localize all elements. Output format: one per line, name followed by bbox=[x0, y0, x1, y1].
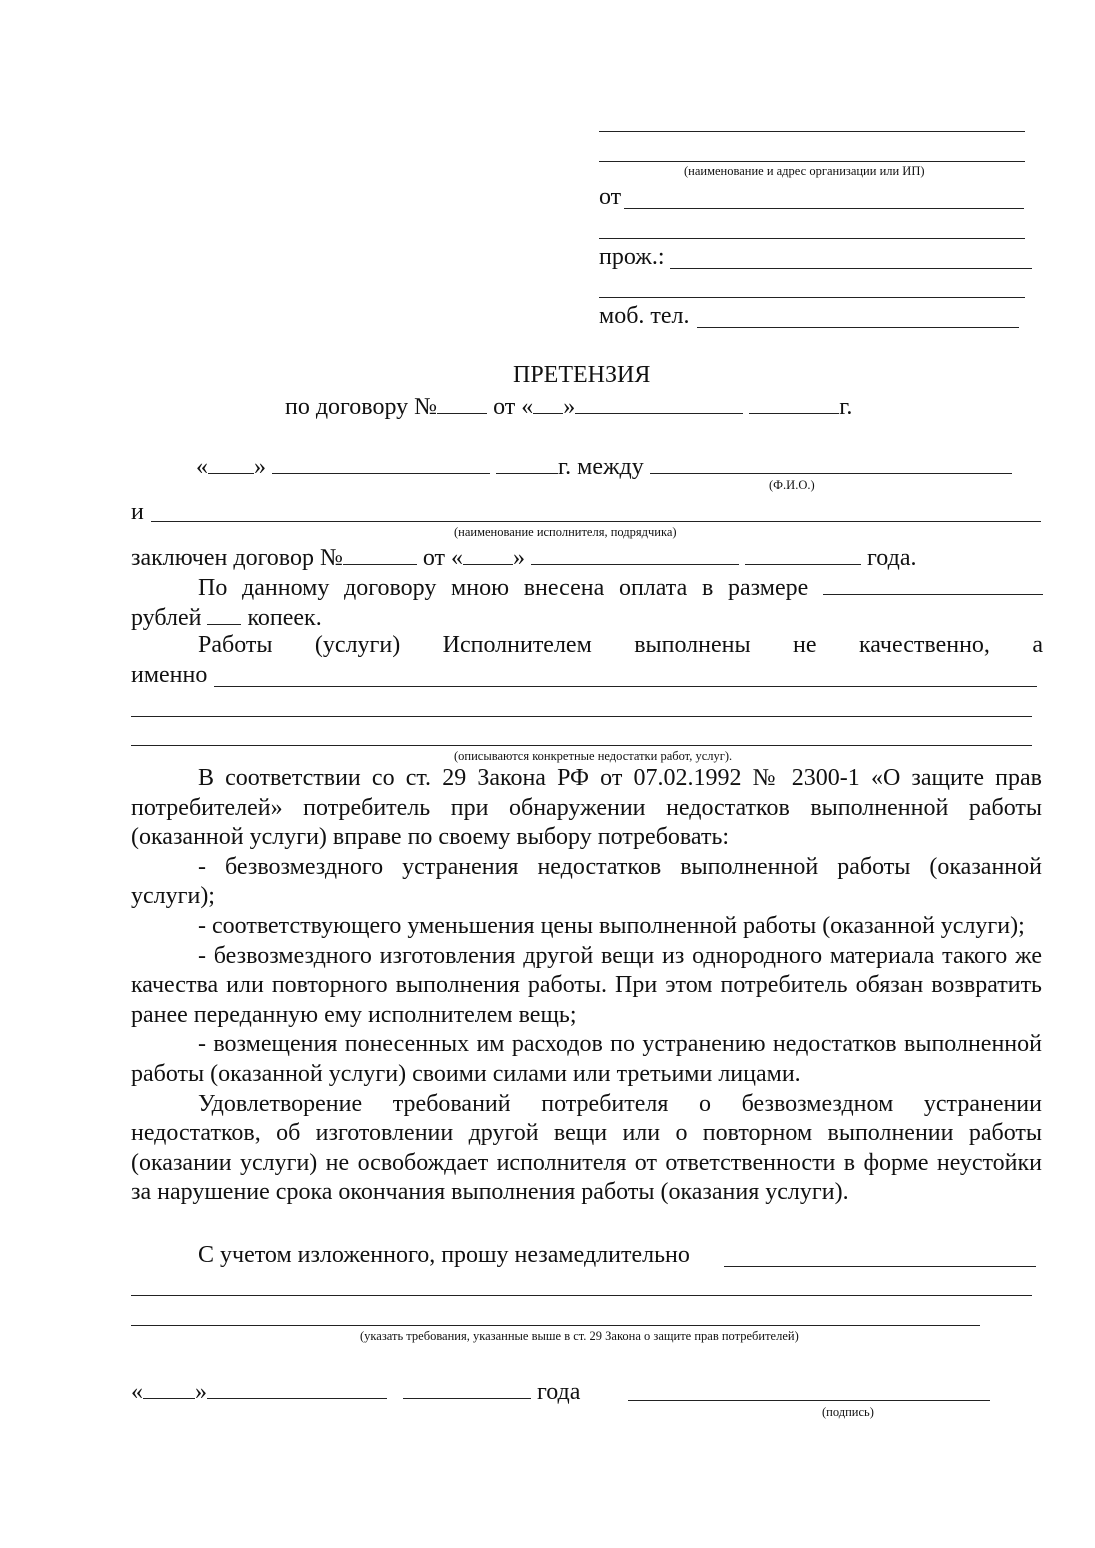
title-year: г. bbox=[839, 394, 852, 420]
intro-month-field[interactable] bbox=[272, 451, 490, 474]
org-name-line-1[interactable] bbox=[599, 131, 1025, 132]
intro-day-field[interactable] bbox=[208, 451, 254, 474]
payment-amount-field[interactable] bbox=[823, 572, 1043, 595]
title-subline: по договору № от «» г. bbox=[285, 391, 852, 421]
law-block: В соответствии со ст. 29 Закона РФ от 07… bbox=[131, 764, 1042, 1208]
defects-line-3[interactable] bbox=[131, 745, 1032, 746]
law-item-4: - возмещения понесенных им расходов по у… bbox=[131, 1030, 1042, 1089]
title-from: от « bbox=[493, 394, 533, 420]
intro-year-field[interactable] bbox=[496, 451, 558, 474]
from-line-2[interactable] bbox=[599, 238, 1025, 239]
payment-line: По данному договору мною внесена оплата … bbox=[198, 572, 1043, 602]
law-paragraph-2: Удовлетворение требований потребителя о … bbox=[131, 1090, 1042, 1208]
concluded-from: от « bbox=[423, 545, 463, 571]
contract-day-field[interactable] bbox=[533, 391, 563, 414]
request-caption: (указать требования, указанные выше в ст… bbox=[360, 1329, 799, 1343]
executor-line[interactable] bbox=[151, 521, 1041, 522]
org-name-line-2[interactable] bbox=[599, 161, 1025, 162]
phone-line[interactable] bbox=[697, 327, 1019, 328]
from-line[interactable] bbox=[624, 208, 1024, 209]
footer-quote-open: « bbox=[131, 1379, 143, 1405]
footer-year-field[interactable] bbox=[403, 1376, 531, 1399]
executor-caption: (наименование исполнителя, подрядчика) bbox=[454, 525, 677, 539]
kopecks-label: копеек. bbox=[247, 605, 321, 631]
concluded-year-label: года. bbox=[867, 545, 916, 571]
quote-close: » bbox=[254, 454, 266, 480]
concluded-line: заключен договор № от «» года. bbox=[131, 542, 916, 572]
concluded-month-field[interactable] bbox=[531, 542, 739, 565]
title-prefix: по договору bbox=[285, 394, 408, 420]
residence-label: прож.: bbox=[599, 243, 665, 271]
from-label: от bbox=[599, 183, 621, 211]
fio-field[interactable] bbox=[650, 451, 1012, 474]
namely-label: именно bbox=[131, 661, 207, 689]
law-item-2: - соответствующего уменьшения цены выпол… bbox=[131, 912, 1042, 942]
page-title: ПРЕТЕНЗИЯ bbox=[513, 361, 650, 389]
org-caption: (наименование и адрес организации или ИП… bbox=[684, 164, 925, 178]
footer-month-field[interactable] bbox=[207, 1376, 387, 1399]
rubles-label: рублей bbox=[131, 605, 201, 631]
concluded-year-field[interactable] bbox=[745, 542, 861, 565]
footer-quote-close: » bbox=[195, 1379, 207, 1405]
quote-open: « bbox=[196, 454, 208, 480]
concluded-day-field[interactable] bbox=[463, 542, 513, 565]
contract-month-field[interactable] bbox=[575, 391, 743, 414]
kopecks-field[interactable] bbox=[207, 602, 241, 625]
law-item-3: - безвозмездного изготовления другой вещ… bbox=[131, 942, 1042, 1031]
law-item-1: - безвозмездного устранения недостатков … bbox=[131, 853, 1042, 912]
between-label: г. между bbox=[558, 454, 644, 480]
kopecks-line: рублей копеек. bbox=[131, 602, 322, 632]
signature-caption: (подпись) bbox=[822, 1405, 874, 1419]
contract-year-field[interactable] bbox=[749, 391, 839, 414]
request-line-1[interactable] bbox=[724, 1266, 1036, 1267]
payment-text: По данному договору мною внесена оплата … bbox=[198, 575, 808, 601]
defects-line-2[interactable] bbox=[131, 716, 1032, 717]
concluded-number-field[interactable] bbox=[343, 542, 417, 565]
fio-caption: (Ф.И.О.) bbox=[769, 478, 815, 492]
title-no: № bbox=[414, 394, 437, 420]
request-text: С учетом изложенного, прошу незамедлител… bbox=[198, 1241, 690, 1269]
intro-line: «» г. между bbox=[196, 451, 1012, 481]
request-line-3[interactable] bbox=[131, 1325, 980, 1326]
defects-caption: (описываются конкретные недостатки работ… bbox=[454, 749, 732, 763]
residence-line-2[interactable] bbox=[599, 297, 1025, 298]
phone-label: моб. тел. bbox=[599, 302, 690, 330]
residence-line[interactable] bbox=[670, 268, 1032, 269]
and-label: и bbox=[131, 498, 144, 526]
concluded-quote-close: » bbox=[513, 545, 525, 571]
footer-year-label: года bbox=[537, 1379, 580, 1405]
contract-number-field[interactable] bbox=[437, 391, 487, 414]
law-paragraph-1: В соответствии со ст. 29 Закона РФ от 07… bbox=[131, 764, 1042, 853]
request-line-2[interactable] bbox=[131, 1295, 1032, 1296]
footer-date: «» года bbox=[131, 1376, 580, 1406]
concluded-label: заключен договор № bbox=[131, 545, 343, 571]
title-quote-close: » bbox=[563, 394, 575, 420]
footer-day-field[interactable] bbox=[143, 1376, 195, 1399]
defects-line-1[interactable] bbox=[214, 686, 1037, 687]
defects-text: Работы (услуги) Исполнителем выполнены н… bbox=[198, 631, 1043, 659]
signature-line[interactable] bbox=[628, 1400, 990, 1401]
